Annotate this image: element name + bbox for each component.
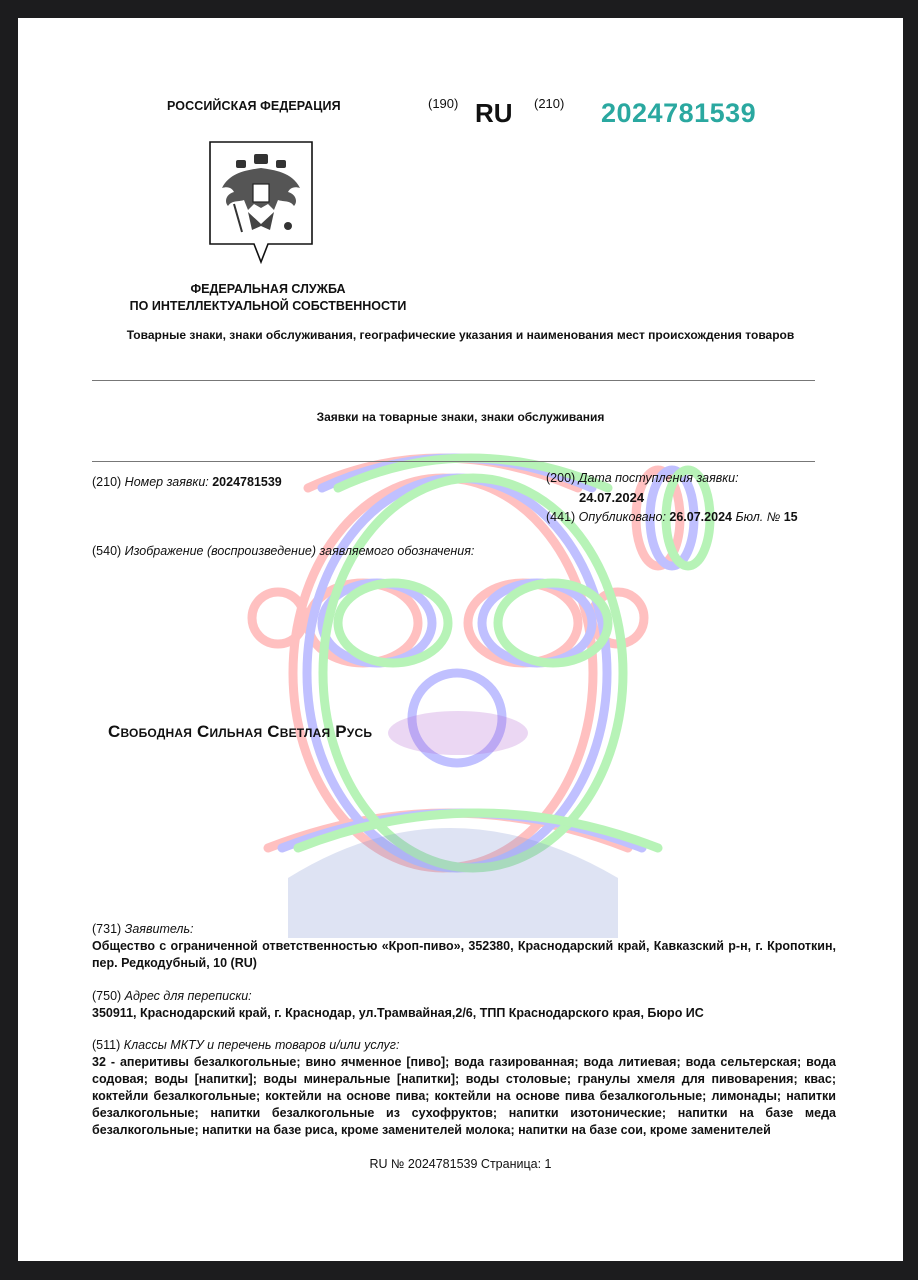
country-name: РОССИЙСКАЯ ФЕДЕРАЦИЯ	[167, 99, 341, 113]
divider-top	[92, 380, 815, 381]
russian-coat-of-arms-icon	[208, 140, 314, 264]
correspondence-block: (750) Адрес для переписки: 350911, Красн…	[92, 988, 836, 1022]
field-label: Заявитель:	[125, 922, 194, 936]
applicant-block: (731) Заявитель: Общество с ограниченной…	[92, 921, 836, 972]
field-label: Классы МКТУ и перечень товаров и/или усл…	[124, 1038, 400, 1052]
section-title: Заявки на товарные знаки, знаки обслужив…	[18, 410, 903, 424]
inid-code: (200)	[546, 471, 575, 485]
classes-block: (511) Классы МКТУ и перечень товаров и/и…	[92, 1037, 836, 1139]
field-label: Дата поступления заявки:	[579, 471, 739, 485]
field-label: Адрес для переписки:	[125, 989, 252, 1003]
filing-date: 24.07.2024	[579, 490, 644, 505]
inid-code: (750)	[92, 989, 121, 1003]
application-number-field: (210) Номер заявки: 2024781539	[92, 475, 282, 489]
field-label: Изображение (воспроизведение) заявляемог…	[125, 544, 475, 558]
classes-value: 32 - аперитивы безалкогольные; вино ячме…	[92, 1054, 836, 1139]
document-subtitle: Товарные знаки, знаки обслуживания, геог…	[18, 328, 903, 342]
application-number: 2024781539	[212, 475, 282, 489]
inid-code: (511)	[92, 1038, 120, 1052]
agency-name: ФЕДЕРАЛЬНАЯ СЛУЖБА ПО ИНТЕЛЛЕКТУАЛЬНОЙ С…	[98, 281, 438, 315]
field-label: Номер заявки:	[125, 475, 209, 489]
inid-code: (210)	[92, 475, 121, 489]
publication-date: 26.07.2024	[669, 510, 732, 524]
inid-code-210: (210)	[534, 96, 564, 111]
bulletin-label: Бюл. №	[735, 510, 780, 524]
trademark-text: Свободная Сильная Светлая Русь	[108, 722, 372, 742]
correspondence-value: 350911, Краснодарский край, г. Краснодар…	[92, 1005, 836, 1022]
inid-code: (540)	[92, 544, 121, 558]
page-footer: RU № 2024781539 Страница: 1	[18, 1157, 903, 1171]
divider-bottom	[92, 461, 815, 462]
inid-code: (441)	[546, 510, 575, 524]
filing-date-field: (200) Дата поступления заявки:	[546, 471, 739, 485]
country-code: RU	[475, 98, 513, 129]
field-label: Опубликовано:	[579, 510, 666, 524]
publication-field: (441) Опубликовано: 26.07.2024 Бюл. № 15	[546, 510, 798, 524]
agency-line-1: ФЕДЕРАЛЬНАЯ СЛУЖБА	[98, 281, 438, 298]
agency-line-2: ПО ИНТЕЛЛЕКТУАЛЬНОЙ СОБСТВЕННОСТИ	[98, 298, 438, 315]
mark-image-field: (540) Изображение (воспроизведение) заяв…	[92, 544, 474, 558]
bulletin-number: 15	[784, 510, 798, 524]
document-page: РОССИЙСКАЯ ФЕДЕРАЦИЯ (190) RU (210) 2024…	[18, 18, 903, 1261]
inid-code: (731)	[92, 922, 121, 936]
document-number: 2024781539	[601, 98, 756, 129]
inid-code-190: (190)	[428, 96, 458, 111]
applicant-value: Общество с ограниченной ответственностью…	[92, 938, 836, 972]
